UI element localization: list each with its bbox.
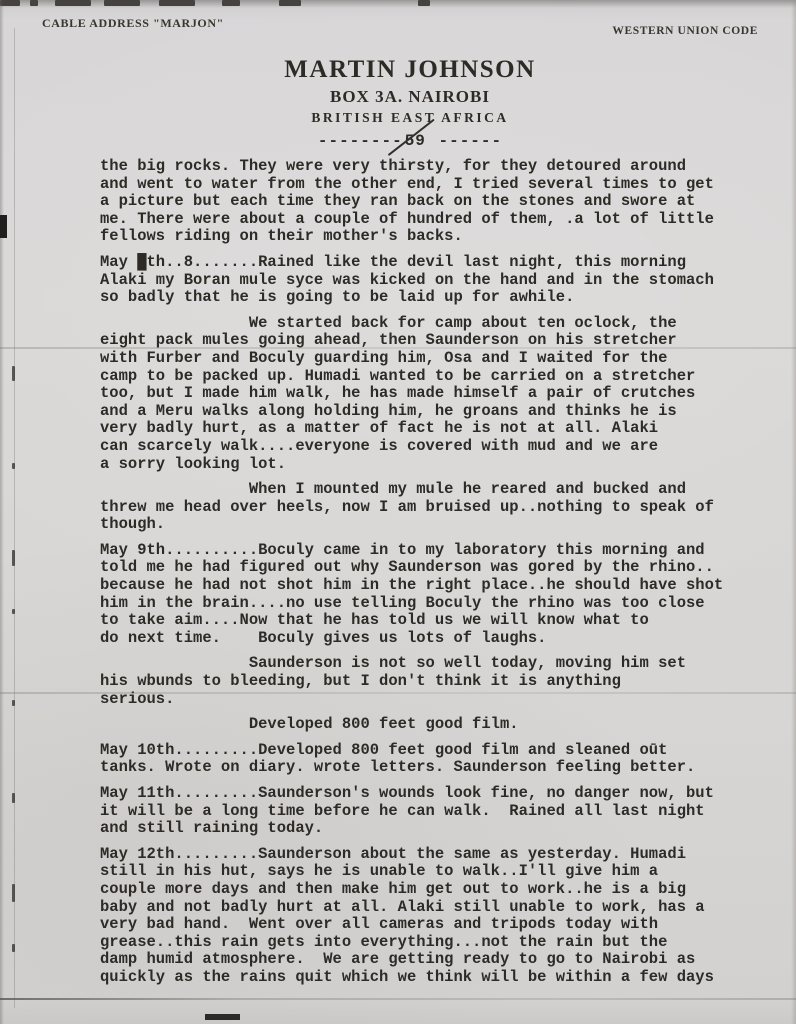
paragraph: When I mounted my mule he reared and buc…	[100, 481, 766, 534]
paragraph: We started back for camp about ten ocloc…	[100, 315, 766, 473]
paragraph: May 12th.........Saunderson about the sa…	[100, 846, 766, 987]
page-number-line: --------59 ------	[24, 132, 796, 150]
letter-page: CABLE ADDRESS "MARJON" WESTERN UNION COD…	[0, 0, 796, 1024]
paragraph: May 11th.........Saunderson's wounds loo…	[100, 785, 766, 838]
paragraph: May 10th.........Developed 800 feet good…	[100, 742, 766, 777]
horizontal-crease	[0, 998, 796, 1000]
western-union-code: WESTERN UNION CODE	[612, 25, 758, 37]
paragraph: May █th..8.......Rained like the devil l…	[100, 254, 766, 307]
letterhead-name: MARTIN JOHNSON	[24, 56, 796, 84]
letterhead: CABLE ADDRESS "MARJON" WESTERN UNION COD…	[0, 0, 796, 150]
dashes-right: ------	[428, 132, 502, 150]
bottom-edge-mark	[205, 1014, 240, 1020]
letterhead-region: BRITISH EAST AFRICA	[24, 110, 796, 126]
page-number-struck: 59	[403, 132, 428, 150]
paragraph: the big rocks. They were very thirsty, f…	[100, 158, 766, 246]
paragraph: Saunderson is not so well today, moving …	[100, 655, 766, 708]
paragraph: Developed 800 feet good film.	[100, 716, 766, 734]
letterhead-po-box: BOX 3A. NAIROBI	[24, 87, 796, 107]
cable-address: CABLE ADDRESS "MARJON"	[42, 16, 224, 31]
dashes-left: --------	[318, 132, 403, 150]
letter-body: the big rocks. They were very thirsty, f…	[0, 158, 796, 987]
paragraph: May 9th..........Boculy came in to my la…	[100, 542, 766, 648]
